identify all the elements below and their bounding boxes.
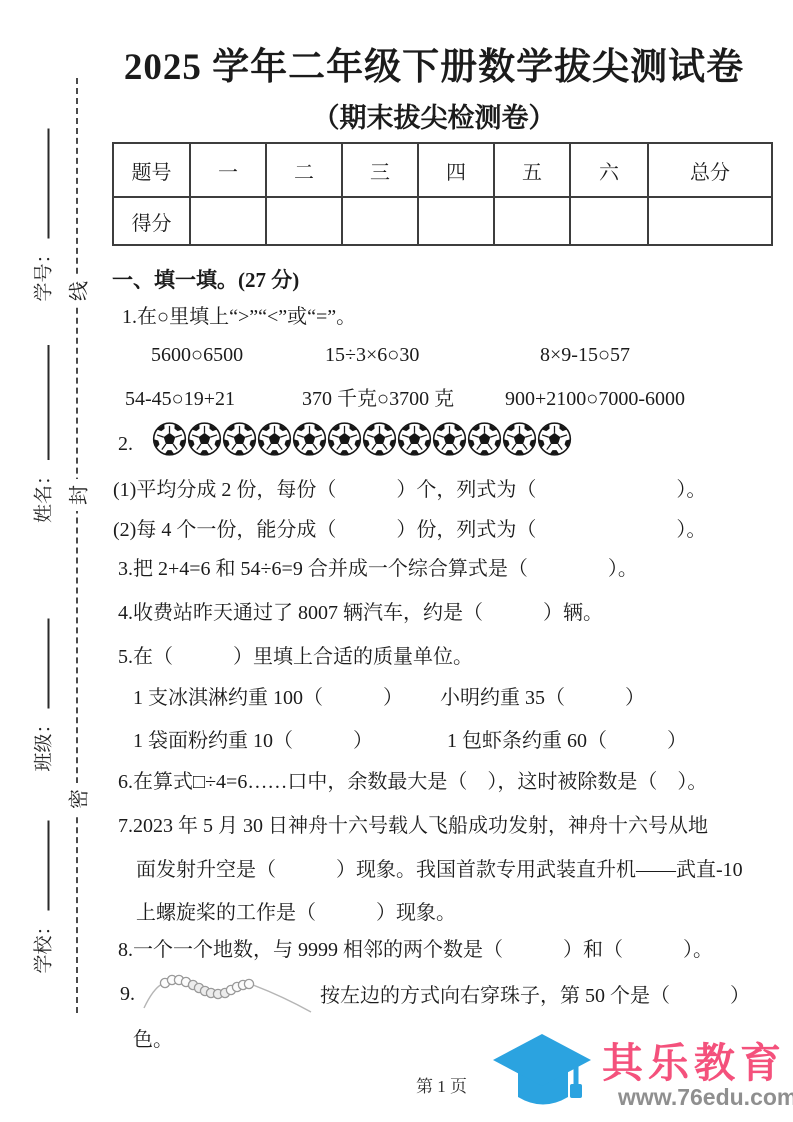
logo-text: 其乐教育 www.76edu.com bbox=[602, 1041, 793, 1110]
score-cell bbox=[342, 197, 418, 245]
logo: 其乐教育 www.76edu.com bbox=[490, 1031, 793, 1119]
seal-dashed-line bbox=[76, 78, 78, 1013]
question-2-sub-1: (1)平均分成 2 份，每份（ ）个，列式为（ ）。 bbox=[113, 476, 706, 504]
question-3: 3.把 2+4=6 和 54÷6=9 合并成一个综合算式是（ ）。 bbox=[118, 555, 638, 583]
soccer-ball-icon bbox=[222, 421, 257, 457]
school-label: 学校： bbox=[34, 916, 55, 973]
question-5-item: 1 支冰淇淋约重 100（ ） bbox=[133, 684, 403, 712]
school-blank-line bbox=[31, 820, 50, 910]
question-7-line-3: 上螺旋桨的工作是（ ）现象。 bbox=[136, 899, 456, 927]
comparison-item: 15÷3×6○30 bbox=[325, 341, 419, 369]
soccer-ball-icon bbox=[327, 421, 362, 457]
score-table-header-cell: 一 bbox=[190, 143, 266, 197]
graduation-cap-icon bbox=[490, 1031, 594, 1119]
seal-char-mi: 密 bbox=[63, 783, 92, 815]
score-table-header-cell: 三 bbox=[342, 143, 418, 197]
soccer-ball-icon bbox=[432, 421, 467, 457]
logo-name: 其乐教育 bbox=[602, 1041, 793, 1085]
section-heading: 一、填一填。(27 分) bbox=[112, 266, 299, 294]
soccer-ball-icon bbox=[257, 421, 292, 457]
score-table-header-cell: 六 bbox=[570, 143, 648, 197]
comparison-item: 370 千克○3700 克 bbox=[302, 385, 454, 413]
comparison-item: 8×9-15○57 bbox=[540, 341, 630, 369]
soccer-balls-row bbox=[152, 421, 572, 459]
score-table-header-cell: 二 bbox=[266, 143, 342, 197]
soccer-ball-icon bbox=[152, 421, 187, 457]
question-9-number: 9. bbox=[120, 980, 135, 1008]
soccer-ball-icon bbox=[292, 421, 327, 457]
question-9-text-tail: 色。 bbox=[133, 1026, 173, 1054]
score-cell bbox=[418, 197, 494, 245]
score-table-header-cell: 五 bbox=[494, 143, 570, 197]
score-table-header-cell: 四 bbox=[418, 143, 494, 197]
question-7-line-1: 7.2023 年 5 月 30 日神舟十六号载人飞船成功发射，神舟十六号从地 bbox=[118, 812, 708, 840]
seal-char-feng: 封 bbox=[63, 479, 92, 511]
question-5-item: 1 袋面粉约重 10（ ） bbox=[133, 727, 373, 755]
question-2-number: 2. bbox=[118, 430, 133, 458]
comparison-item: 5600○6500 bbox=[151, 341, 243, 369]
question-8: 8.一个一个地数，与 9999 相邻的两个数是（ ）和（ ）。 bbox=[118, 936, 713, 964]
score-cell bbox=[266, 197, 342, 245]
score-cell bbox=[570, 197, 648, 245]
student-name-label: 姓名： bbox=[34, 466, 55, 523]
comparison-item: 900+2100○7000-6000 bbox=[505, 385, 685, 413]
soccer-ball-icon bbox=[187, 421, 222, 457]
score-row-label: 得分 bbox=[113, 197, 190, 245]
soccer-ball-icon bbox=[397, 421, 432, 457]
question-9-text: 按左边的方式向右穿珠子，第 50 个是（ ） bbox=[320, 982, 750, 1010]
score-cell bbox=[190, 197, 266, 245]
question-5-item: 1 包虾条约重 60（ ） bbox=[447, 727, 687, 755]
school-field: 学校： bbox=[29, 820, 56, 973]
soccer-ball-icon bbox=[467, 421, 502, 457]
bead-string bbox=[140, 972, 315, 1018]
exam-subtitle: （期末拔尖检测卷） bbox=[96, 96, 772, 135]
comparison-item: 54-45○19+21 bbox=[125, 385, 235, 413]
class-field: 班级： bbox=[29, 618, 56, 771]
student-name-blank-line bbox=[31, 345, 50, 460]
question-2-sub-2: (2)每 4 个一份，能分成（ ）份，列式为（ ）。 bbox=[113, 516, 706, 544]
logo-url: www.76edu.com bbox=[618, 1085, 793, 1110]
soccer-ball-icon bbox=[502, 421, 537, 457]
score-cell bbox=[494, 197, 570, 245]
exam-title: 2025 学年二年级下册数学拔尖测试卷 bbox=[96, 36, 772, 90]
soccer-ball-icon bbox=[362, 421, 397, 457]
student-id-blank-line bbox=[31, 128, 50, 238]
score-table: 题号 一 二 三 四 五 六 总分 得分 bbox=[112, 142, 773, 246]
question-6: 6.在算式□÷4=6……口中，余数最大是（ ），这时被除数是（ ）。 bbox=[118, 768, 707, 796]
score-cell bbox=[648, 197, 772, 245]
score-table-header-cell: 题号 bbox=[113, 143, 190, 197]
question-5-item: 小明约重 35（ ） bbox=[440, 684, 645, 712]
student-name-field: 姓名： bbox=[29, 345, 56, 523]
student-id-label: 学号： bbox=[34, 244, 55, 301]
seal-char-line: 线 bbox=[63, 275, 92, 307]
soccer-ball-icon bbox=[537, 421, 572, 457]
question-4: 4.收费站昨天通过了 8007 辆汽车，约是（ ）辆。 bbox=[118, 599, 603, 627]
question-7-line-2: 面发射升空是（ ）现象。我国首款专用武装直升机——武直-10 bbox=[136, 856, 743, 884]
score-table-header-cell: 总分 bbox=[648, 143, 772, 197]
class-label: 班级： bbox=[34, 714, 55, 771]
question-5: 5.在（ ）里填上合适的质量单位。 bbox=[118, 643, 473, 671]
student-id-field: 学号： bbox=[29, 128, 56, 301]
exam-paper-page: 线 封 密 学号： 姓名： 班级： 学校： 2025 学年二年级下册数学拔尖测试… bbox=[0, 0, 793, 1122]
question-1: 1.在○里填上“>”“<”或“=”。 bbox=[122, 303, 356, 331]
class-blank-line bbox=[31, 618, 50, 708]
